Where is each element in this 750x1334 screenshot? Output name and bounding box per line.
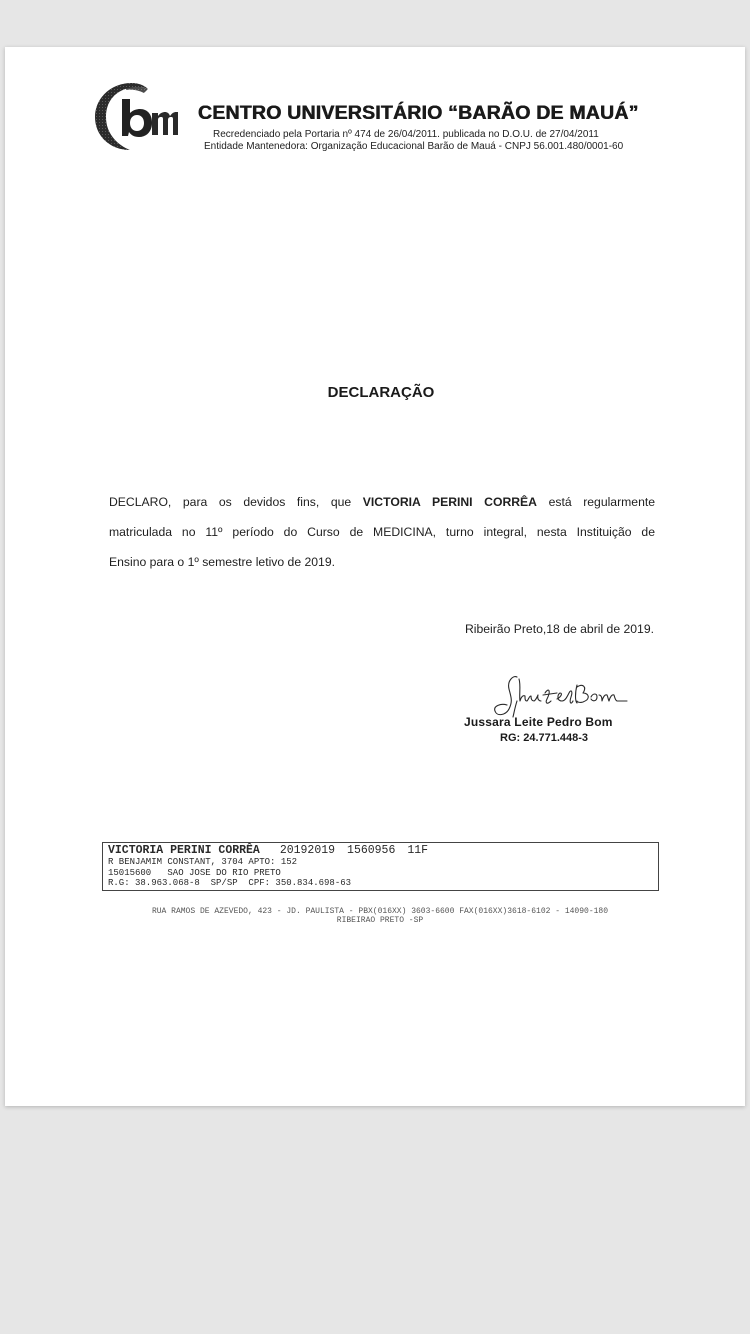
student-address-label: VICTORIA PERINI CORRÊA20192019156095611F… <box>102 842 659 891</box>
label-student-name: VICTORIA PERINI CORRÊA <box>108 844 260 857</box>
student-name: VICTORIA PERINI CORRÊA <box>363 495 537 509</box>
label-code-3: 11F <box>407 844 428 857</box>
label-code-2: 1560956 <box>347 844 395 857</box>
declaration-body: DECLARO, para os devidos fins, que VICTO… <box>109 487 655 577</box>
institution-name: CENTRO UNIVERSITÁRIO “BARÃO DE MAUÁ” <box>198 102 639 125</box>
label-code-1: 20192019 <box>280 844 335 857</box>
maintainer-line: Entidade Mantenedora: Organização Educac… <box>204 141 623 152</box>
accreditation-line: Recredenciado pela Portaria nº 474 de 26… <box>213 129 599 140</box>
body-line-3: Ensino para o 1º semestre letivo de 2019… <box>109 547 655 577</box>
signer-rg: RG: 24.771.448-3 <box>500 732 588 744</box>
body-line-1: DECLARO, para os devidos fins, que VICTO… <box>109 487 655 517</box>
footer-address-line-1: RUA RAMOS DE AZEVEDO, 423 - JD. PAULISTA… <box>5 907 750 916</box>
document-page: CENTRO UNIVERSITÁRIO “BARÃO DE MAUÁ” Rec… <box>5 47 745 1106</box>
label-street: R BENJAMIM CONSTANT, 3704 APTO: 152 <box>108 857 658 868</box>
place-date: Ribeirão Preto,18 de abril de 2019. <box>465 622 654 636</box>
institution-footer-address: RUA RAMOS DE AZEVEDO, 423 - JD. PAULISTA… <box>5 907 750 925</box>
label-header-row: VICTORIA PERINI CORRÊA20192019156095611F <box>108 844 658 857</box>
footer-address-line-2: RIBEIRAO PRETO -SP <box>5 916 750 925</box>
document-title: DECLARAÇÃO <box>5 384 750 401</box>
signer-name: Jussara Leite Pedro Bom <box>464 715 613 729</box>
handwritten-signature-icon <box>487 671 637 719</box>
bm-logo-icon <box>92 79 178 153</box>
label-cep-city: 15015600 SAO JOSE DO RIO PRETO <box>108 868 658 879</box>
label-ids: R.G: 38.963.068-8 SP/SP CPF: 350.834.698… <box>108 878 658 889</box>
body-line-2: matriculada no 11º período do Curso de M… <box>109 517 655 547</box>
